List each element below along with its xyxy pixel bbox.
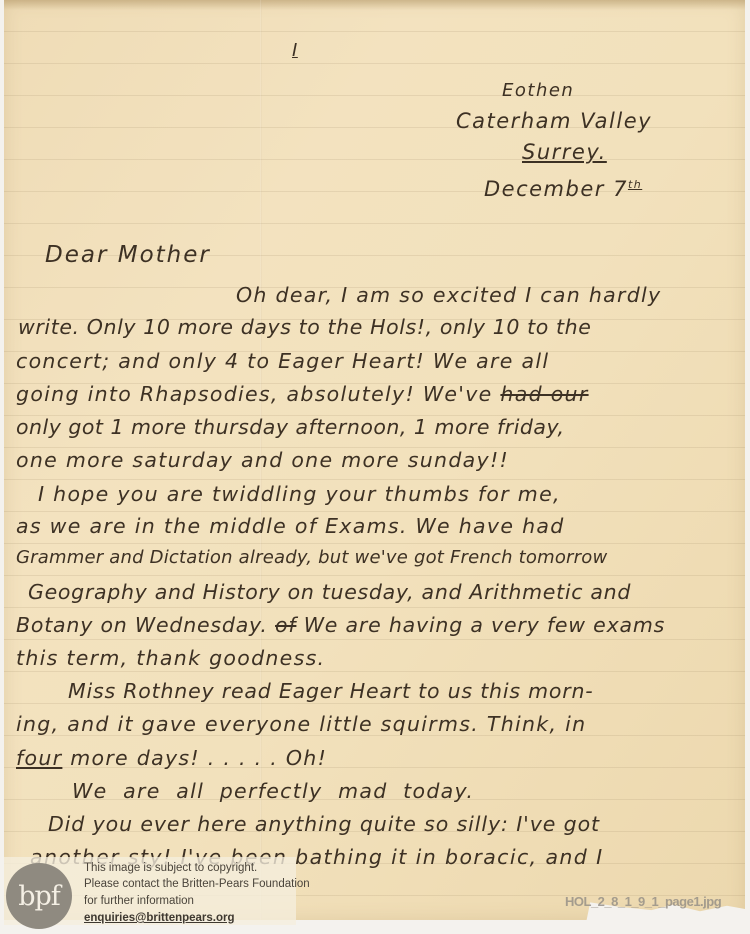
letter-line: We are all perfectly mad today.	[72, 779, 474, 803]
letter-line: four more days! . . . . . Oh!	[16, 746, 327, 770]
page-number: I	[292, 40, 298, 61]
letter-line: Did you ever here anything quite so sill…	[48, 812, 600, 836]
letter-line: Oh dear, I am so excited I can hardly	[236, 283, 661, 307]
letter-line: write. Only 10 more days to the Hols!, o…	[18, 315, 591, 339]
letter-date: December 7th	[484, 177, 642, 201]
salutation: Dear Mother	[45, 242, 211, 268]
image-viewer: I Eothen Caterham Valley Surrey. Decembe…	[0, 0, 750, 934]
letter-line: Miss Rothney read Eager Heart to us this…	[68, 679, 593, 703]
copyright-notice: This image is subject to copyright.	[84, 862, 257, 874]
letter-line: only got 1 more thursday afternoon, 1 mo…	[16, 415, 565, 439]
date-suffix: th	[628, 178, 642, 191]
letter-line: as we are in the middle of Exams. We hav…	[16, 514, 565, 538]
letter-line: ing, and it gave everyone little squirms…	[16, 712, 586, 736]
letter-line: Botany on Wednesday. of We are having a …	[16, 613, 665, 637]
address-house: Eothen	[502, 80, 574, 101]
info-notice: for further information	[84, 895, 194, 907]
letter-line: Grammer and Dictation already, but we've…	[16, 547, 607, 568]
address-county: Surrey.	[522, 140, 607, 164]
contact-notice: Please contact the Britten-Pears Foundat…	[84, 878, 310, 890]
struck-text: of	[275, 613, 296, 637]
letter-line: going into Rhapsodies, absolutely! We've…	[16, 382, 589, 406]
letter-line: I hope you are twiddling your thumbs for…	[38, 482, 561, 506]
letter-line: concert; and only 4 to Eager Heart! We a…	[16, 349, 549, 373]
letter-line: this term, thank goodness.	[16, 646, 325, 670]
letter-line: Geography and History on tuesday, and Ar…	[28, 580, 631, 604]
image-filename: HOL_2_8_1_9_1_page1.jpg	[565, 893, 750, 911]
bpf-logo: bpf	[6, 863, 72, 929]
underlined-word: four	[16, 746, 62, 770]
address-town: Caterham Valley	[456, 109, 652, 133]
email-link[interactable]: enquiries@brittenpears.org	[84, 912, 235, 924]
letter-line: one more saturday and one more sunday!!	[16, 448, 509, 472]
struck-text: had our	[500, 382, 588, 406]
